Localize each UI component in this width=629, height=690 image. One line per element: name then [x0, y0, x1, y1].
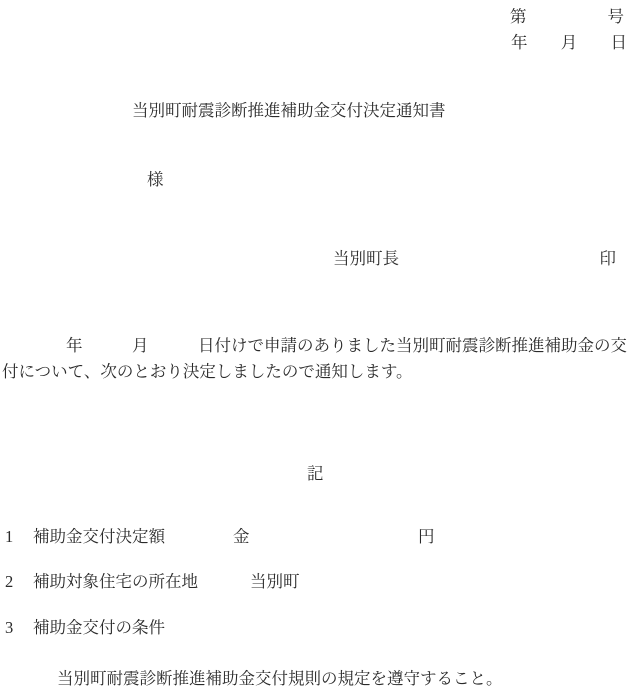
- record-marker: 記: [307, 463, 324, 485]
- item-label: 補助金交付決定額: [33, 526, 165, 548]
- amount-currency-suffix: 円: [418, 526, 435, 548]
- item-label: 補助金交付の条件: [33, 617, 165, 639]
- sender-name: 当別町長: [333, 248, 399, 270]
- location-value: 当別町: [250, 571, 300, 593]
- date-year-label: 年: [511, 32, 528, 54]
- item-number: 1: [5, 526, 13, 548]
- body-paragraph-line-1: 年 月 日付けで申請のありました当別町耐震診断推進補助金の交: [66, 335, 627, 357]
- seal-placeholder: 印: [600, 248, 617, 270]
- date-month-label: 月: [561, 32, 578, 54]
- item-grant-conditions: 3 補助金交付の条件: [0, 617, 629, 639]
- sender-line: 当別町長 印: [333, 248, 616, 270]
- amount-currency-prefix: 金: [233, 526, 250, 548]
- item-number: 3: [5, 617, 13, 639]
- item-property-location: 2 補助対象住宅の所在地 当別町: [0, 571, 629, 593]
- notification-document: 第 号 年 月 日 当別町耐震診断推進補助金交付決定通知書 様 当別町長 印 年…: [0, 0, 629, 690]
- item-label: 補助対象住宅の所在地: [33, 571, 198, 593]
- addressee-honorific: 様: [147, 169, 164, 191]
- doc-number-suffix: 号: [608, 6, 625, 28]
- date-day-label: 日: [611, 32, 628, 54]
- doc-number-line: 第 号: [510, 6, 624, 28]
- document-title: 当別町耐震診断推進補助金交付決定通知書: [132, 100, 446, 122]
- condition-note: 当別町耐震診断推進補助金交付規則の規定を遵守すること。: [57, 668, 503, 690]
- item-grant-decision-amount: 1 補助金交付決定額 金 円: [0, 526, 629, 548]
- body-paragraph-line-2: 付について、次のとおり決定しましたので通知します。: [2, 361, 413, 383]
- header-date-line: 年 月 日: [511, 32, 627, 54]
- item-number: 2: [5, 571, 13, 593]
- doc-number-prefix: 第: [510, 6, 527, 28]
